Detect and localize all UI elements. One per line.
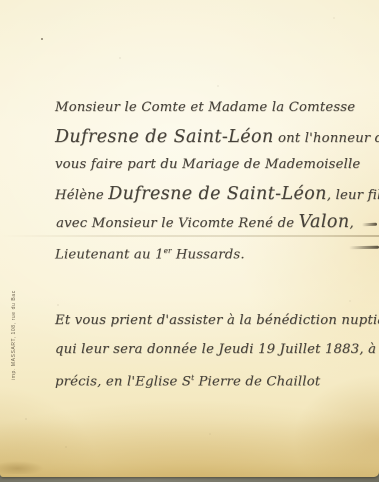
line-text: avec Monsieur le Vicomte René de	[56, 216, 299, 231]
invitation-line-1: Monsieur le Comte et Madame la Comtesse	[55, 94, 355, 123]
invitation-line-6: Lieutenant au 1er Hussards.	[55, 237, 355, 266]
printer-imprint: imp. MASSART, 108, rue du Bac	[11, 298, 17, 380]
crease-mark	[362, 223, 377, 226]
line-text: Pierre de Chaillot	[194, 375, 320, 390]
line-text: ont l'honneur de	[274, 131, 379, 146]
family-name: Dufresne de Saint-Léon	[55, 127, 274, 147]
line-text: Hélène	[55, 188, 108, 203]
paper-stain	[0, 460, 58, 474]
ceremony-paragraph: Et vous prient d'assister à la bénédicti…	[55, 307, 355, 393]
invitation-line-5: avec Monsieur le Vicomte René de Valon,	[55, 208, 355, 237]
line-text: précis, en l'Eglise S	[55, 375, 191, 390]
groom-name: Valon	[299, 212, 350, 232]
invitation-line-4: Hélène Dufresne de Saint-Léon, leur fill…	[55, 180, 355, 209]
invitation-line-9: précis, en l'Eglise St Pierre de Chaillo…	[55, 364, 355, 393]
invitation-line-8: qui leur sera donnée le Jeudi 19 Juillet…	[55, 336, 355, 365]
invitation-card: imp. MASSART, 108, rue du Bac Monsieur l…	[0, 0, 379, 477]
bride-name: Dufresne de Saint-Léon	[108, 184, 327, 204]
invitation-line-3: vous faire part du Mariage de Mademoisel…	[55, 151, 355, 180]
invitation-line-2: Dufresne de Saint-Léon ont l'honneur de	[55, 123, 355, 152]
foxing-specks	[41, 38, 43, 40]
line-text: ,	[350, 216, 354, 231]
announcement-paragraph: Monsieur le Comte et Madame la Comtesse …	[55, 94, 355, 266]
line-text: , leur fille,	[327, 188, 379, 203]
line-text: Lieutenant au 1	[55, 247, 164, 262]
invitation-line-7: Et vous prient d'assister à la bénédicti…	[55, 307, 355, 336]
line-text: Hussards.	[171, 247, 244, 262]
